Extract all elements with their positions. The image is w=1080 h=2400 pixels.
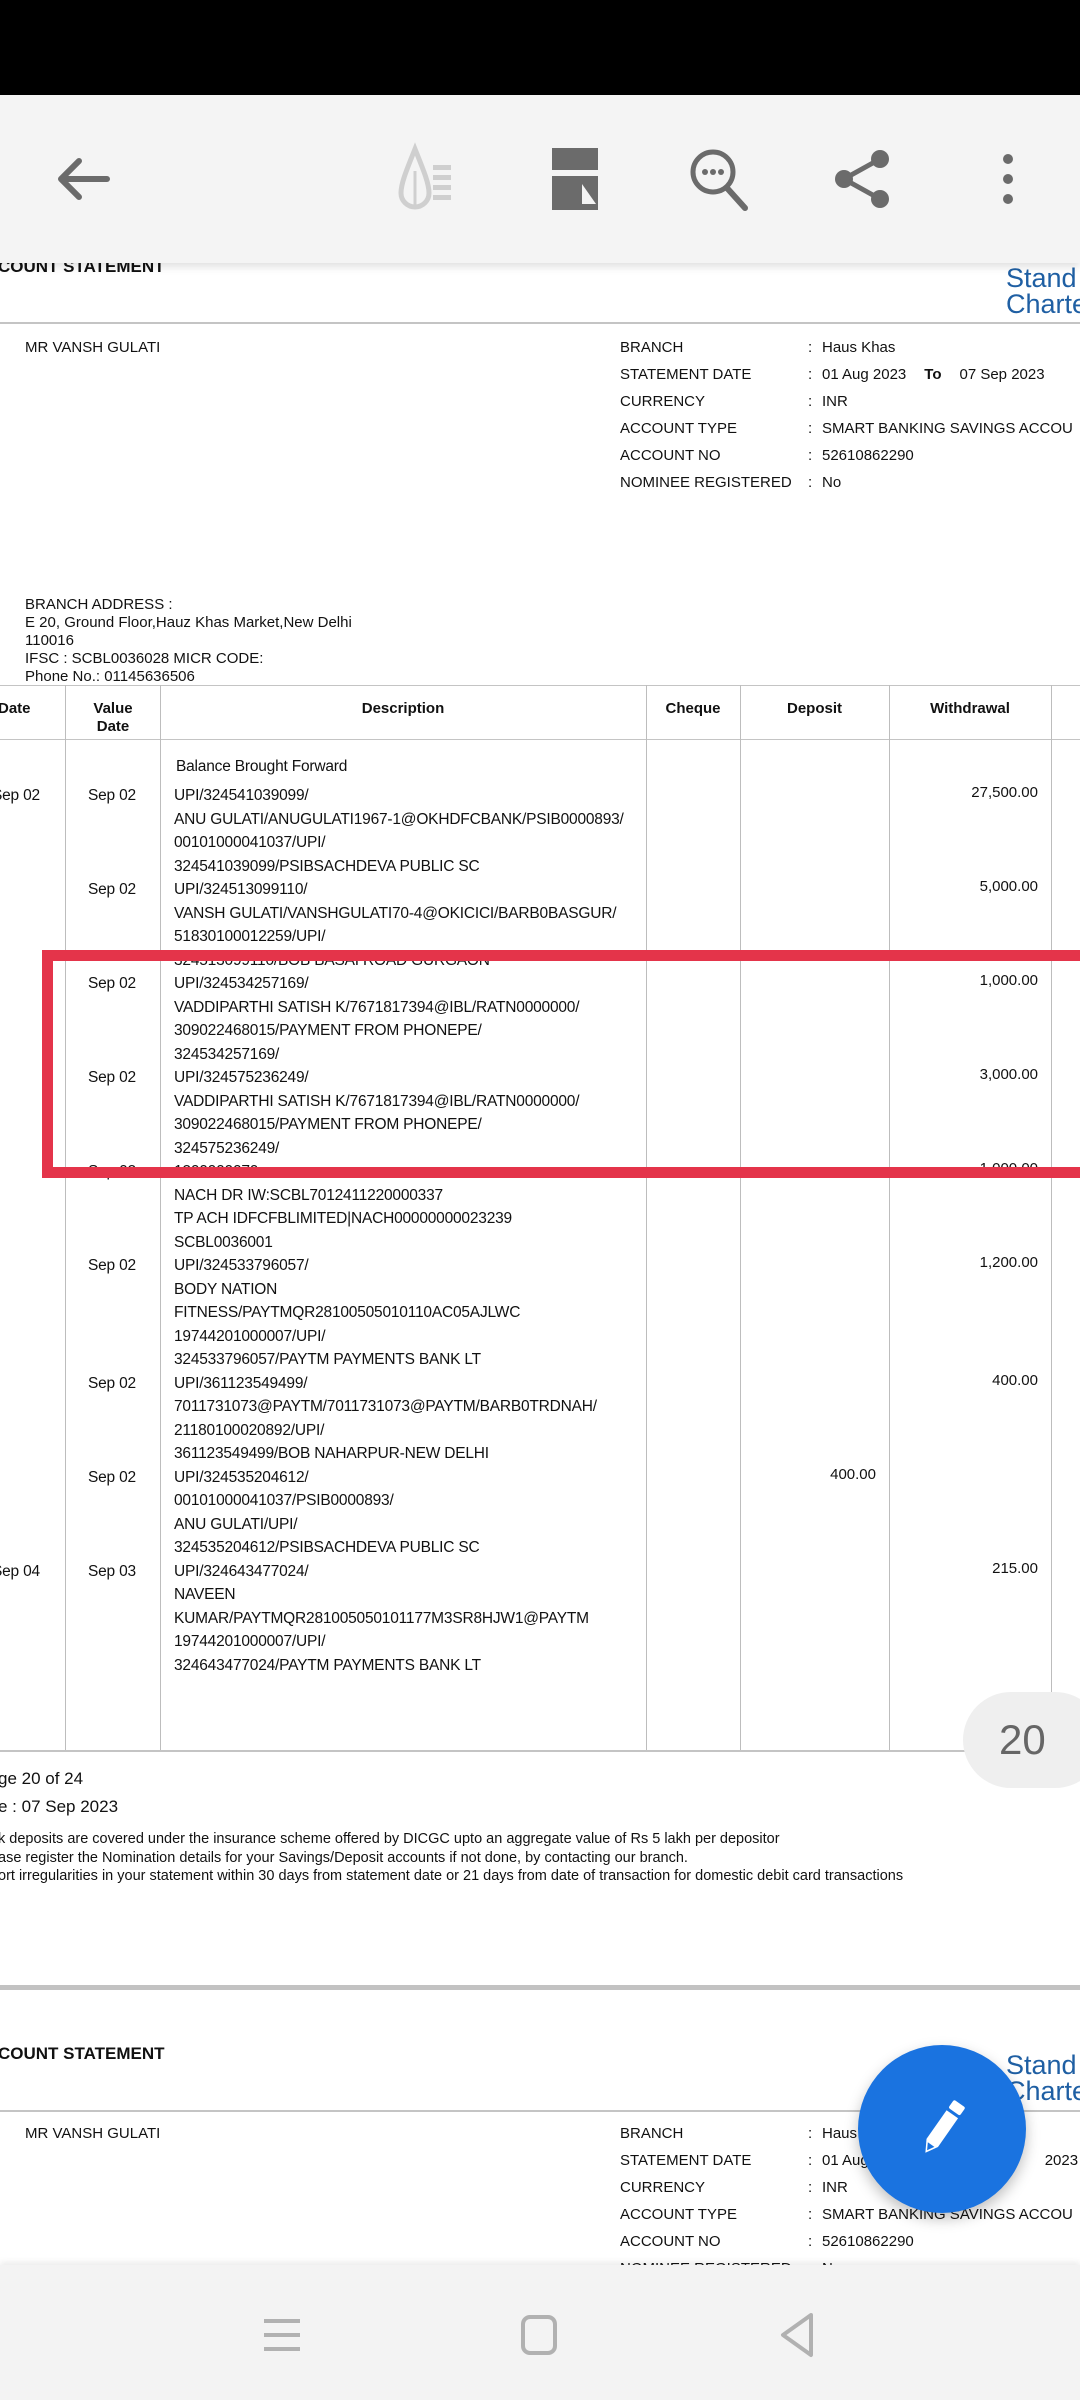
branch-address: BRANCH ADDRESS : E 20, Ground Floor,Hauz…: [25, 596, 352, 686]
info-colon: :: [808, 2179, 812, 2196]
statement-title-page2: COUNT STATEMENT: [0, 2044, 165, 2064]
footer-notes: k deposits are covered under the insuran…: [0, 1830, 903, 1886]
logo-line-2: Charte: [1006, 291, 1080, 317]
branch-address-label: BRANCH ADDRESS :: [25, 596, 352, 614]
date-to-value: 2023: [1045, 2152, 1078, 2169]
description-line: 324541039099/PSIBSACHDEVA PUBLIC SC: [174, 855, 624, 879]
footer-note: ase register the Nomination details for …: [0, 1849, 903, 1868]
table-bottom-border: [0, 1750, 1080, 1752]
customer-name-page2: MR VANSH GULATI: [25, 2125, 160, 2142]
txn-value-date: Sep 02: [88, 878, 136, 902]
page-footer: ge 20 of 24 e : 07 Sep 2023: [0, 1765, 118, 1821]
info-label: ACCOUNT NO: [620, 2233, 721, 2250]
share-icon[interactable]: [822, 139, 902, 219]
more-options-icon[interactable]: [968, 139, 1048, 219]
header-value-date-line1: Value: [66, 700, 160, 718]
date-to-label: To: [924, 366, 941, 383]
description-line: UPI/361123549499/: [174, 1372, 597, 1396]
footer-note: ort irregularities in your statement wit…: [0, 1867, 903, 1886]
info-value: 52610862290: [822, 447, 914, 464]
description-line: SCBL0036001: [174, 1231, 512, 1255]
info-value: 01 Aug 2023To07 Sep 2023: [822, 366, 1045, 383]
back-arrow-icon[interactable]: [43, 139, 123, 219]
header-cheque: Cheque: [646, 700, 740, 717]
header-value-date-line2: Date: [66, 718, 160, 736]
info-label: BRANCH: [620, 2125, 683, 2142]
info-colon: :: [808, 2152, 812, 2169]
txn-value-date: Sep 02: [88, 1372, 136, 1396]
info-label: NOMINEE REGISTERED: [620, 474, 792, 491]
info-colon: :: [808, 2206, 812, 2223]
balance-brought-forward: Balance Brought Forward: [176, 755, 347, 779]
description-line: 324643477024/PAYTM PAYMENTS BANK LT: [174, 1654, 589, 1678]
info-label: STATEMENT DATE: [620, 366, 751, 383]
description-line: UPI/324513099110/: [174, 878, 616, 902]
recent-apps-icon[interactable]: [252, 2305, 312, 2365]
header-date: Date: [0, 700, 31, 717]
txn-description: UPI/324643477024/NAVEENKUMAR/PAYTMQR2810…: [174, 1560, 589, 1678]
txn-withdrawal: 1,200.00: [889, 1254, 1038, 1271]
description-line: 21180100020892/UPI/: [174, 1419, 597, 1443]
description-line: ANU GULATI/ANUGULATI1967-1@OKHDFCBANK/PS…: [174, 808, 624, 832]
description-line: NAVEEN: [174, 1583, 589, 1607]
pdf-document: COUNT STATEMENT Stand Charte MR VANSH GU…: [0, 0, 1080, 2400]
bank-logo: Stand Charte: [1006, 265, 1080, 317]
info-value: Haus: [822, 2125, 857, 2142]
info-value: Haus Khas: [822, 339, 895, 356]
info-value: 52610862290: [822, 2233, 914, 2250]
highlight-box: [42, 950, 1080, 1178]
info-colon: :: [808, 420, 812, 437]
info-value: INR: [822, 2179, 848, 2196]
info-value: No: [822, 474, 841, 491]
page-view-icon[interactable]: [536, 139, 616, 219]
txn-withdrawal: 5,000.00: [889, 878, 1038, 895]
page-separator: [0, 1985, 1080, 1990]
edit-fab-button[interactable]: [858, 2045, 1026, 2213]
col-divider: [740, 685, 741, 1750]
header-withdrawal: Withdrawal: [889, 700, 1051, 717]
description-line: BODY NATION: [174, 1278, 520, 1302]
description-line: NACH DR IW:SCBL7012411220000337: [174, 1184, 512, 1208]
divider: [0, 322, 1080, 324]
info-value: SMART BANKING SAVINGS ACCOU: [822, 420, 1073, 437]
txn-description: UPI/324533796057/BODY NATIONFITNESS/PAYT…: [174, 1254, 520, 1372]
description-line: UPI/324643477024/: [174, 1560, 589, 1584]
system-nav-bar: [0, 2265, 1080, 2400]
home-icon[interactable]: [509, 2305, 569, 2365]
col-divider: [65, 685, 66, 1750]
page-number-text: ge 20 of 24: [0, 1765, 118, 1793]
description-line: 00101000041037/UPI/: [174, 831, 624, 855]
info-colon: :: [808, 339, 812, 356]
description-line: VANSH GULATI/VANSHGULATI70-4@OKICICI/BAR…: [174, 902, 616, 926]
logo-line-1: Stand: [1006, 265, 1080, 291]
info-colon: :: [808, 2233, 812, 2250]
pencil-icon: [907, 2094, 977, 2164]
description-line: 19744201000007/UPI/: [174, 1325, 520, 1349]
description-line: 51830100012259/UPI/: [174, 925, 616, 949]
txn-description: UPI/361123549499/7011731073@PAYTM/701173…: [174, 1372, 597, 1466]
description-line: 7011731073@PAYTM/7011731073@PAYTM/BARB0T…: [174, 1395, 597, 1419]
txn-value-date: Sep 03: [88, 1560, 136, 1584]
search-document-icon[interactable]: [680, 139, 760, 219]
footer-note: k deposits are covered under the insuran…: [0, 1830, 903, 1849]
txn-withdrawal: 215.00: [889, 1560, 1038, 1577]
description-line: FITNESS/PAYTMQR28100505010110AC05AJLWC: [174, 1301, 520, 1325]
info-label: CURRENCY: [620, 393, 705, 410]
statement-print-date: e : 07 Sep 2023: [0, 1793, 118, 1821]
header-deposit: Deposit: [740, 700, 889, 717]
txn-value-date: Sep 02: [88, 1466, 136, 1490]
description-line: TP ACH IDFCFBLIMITED|NACH00000000023239: [174, 1207, 512, 1231]
txn-deposit: 400.00: [740, 1466, 876, 1483]
back-nav-icon[interactable]: [767, 2305, 827, 2365]
txn-value-date: Sep 02: [88, 1254, 136, 1278]
header-value-date: Value Date: [66, 700, 160, 736]
date-to-value: 07 Sep 2023: [959, 366, 1044, 383]
description-line: 324533796057/PAYTM PAYMENTS BANK LT: [174, 1348, 520, 1372]
branch-phone: Phone No.: 01145636506: [25, 668, 352, 686]
col-divider: [160, 685, 161, 1750]
txn-value-date: Sep 02: [88, 784, 136, 808]
description-line: ANU GULATI/UPI/: [174, 1513, 479, 1537]
customer-name: MR VANSH GULATI: [25, 339, 160, 356]
info-colon: :: [808, 474, 812, 491]
txn-description: UPI/324541039099/ANU GULATI/ANUGULATI196…: [174, 784, 624, 878]
description-line: 361123549499/BOB NAHARPUR-NEW DELHI: [174, 1442, 597, 1466]
top-toolbar: [0, 95, 1080, 263]
description-line: UPI/324541039099/: [174, 784, 624, 808]
info-label: CURRENCY: [620, 2179, 705, 2196]
page-indicator: 20: [963, 1692, 1080, 1788]
info-label: ACCOUNT TYPE: [620, 420, 737, 437]
logo-line-1: Stand: [1006, 2052, 1080, 2078]
info-label: ACCOUNT NO: [620, 447, 721, 464]
info-value: INR: [822, 393, 848, 410]
branch-address-line: E 20, Ground Floor,Hauz Khas Market,New …: [25, 614, 352, 632]
txn-withdrawal: 27,500.00: [889, 784, 1038, 801]
description-line: KUMAR/PAYTMQR281005050101177M3SR8HJW1@PA…: [174, 1607, 589, 1631]
reading-mode-icon[interactable]: [393, 139, 473, 219]
txn-description: UPI/324535204612/00101000041037/PSIB0000…: [174, 1466, 479, 1560]
description-line: UPI/324533796057/: [174, 1254, 520, 1278]
table-header-border: [0, 739, 1080, 740]
col-divider: [1051, 685, 1052, 1750]
info-colon: :: [808, 2125, 812, 2142]
branch-ifsc: IFSC : SCBL0036028 MICR CODE:: [25, 650, 352, 668]
txn-withdrawal: 400.00: [889, 1372, 1038, 1389]
txn-date: Sep 02: [0, 784, 40, 808]
info-label: ACCOUNT TYPE: [620, 2206, 737, 2223]
info-colon: :: [808, 447, 812, 464]
description-line: 324535204612/PSIBSACHDEVA PUBLIC SC: [174, 1536, 479, 1560]
description-line: 19744201000007/UPI/: [174, 1630, 589, 1654]
info-label: STATEMENT DATE: [620, 2152, 751, 2169]
info-colon: :: [808, 366, 812, 383]
info-label: BRANCH: [620, 339, 683, 356]
col-divider: [889, 685, 890, 1750]
branch-address-pin: 110016: [25, 632, 352, 650]
table-top-border: [0, 685, 1080, 686]
col-divider: [646, 685, 647, 1750]
description-line: 00101000041037/PSIB0000893/: [174, 1489, 479, 1513]
header-description: Description: [160, 700, 646, 717]
txn-date: Sep 04: [0, 1560, 40, 1584]
info-colon: :: [808, 393, 812, 410]
description-line: UPI/324535204612/: [174, 1466, 479, 1490]
